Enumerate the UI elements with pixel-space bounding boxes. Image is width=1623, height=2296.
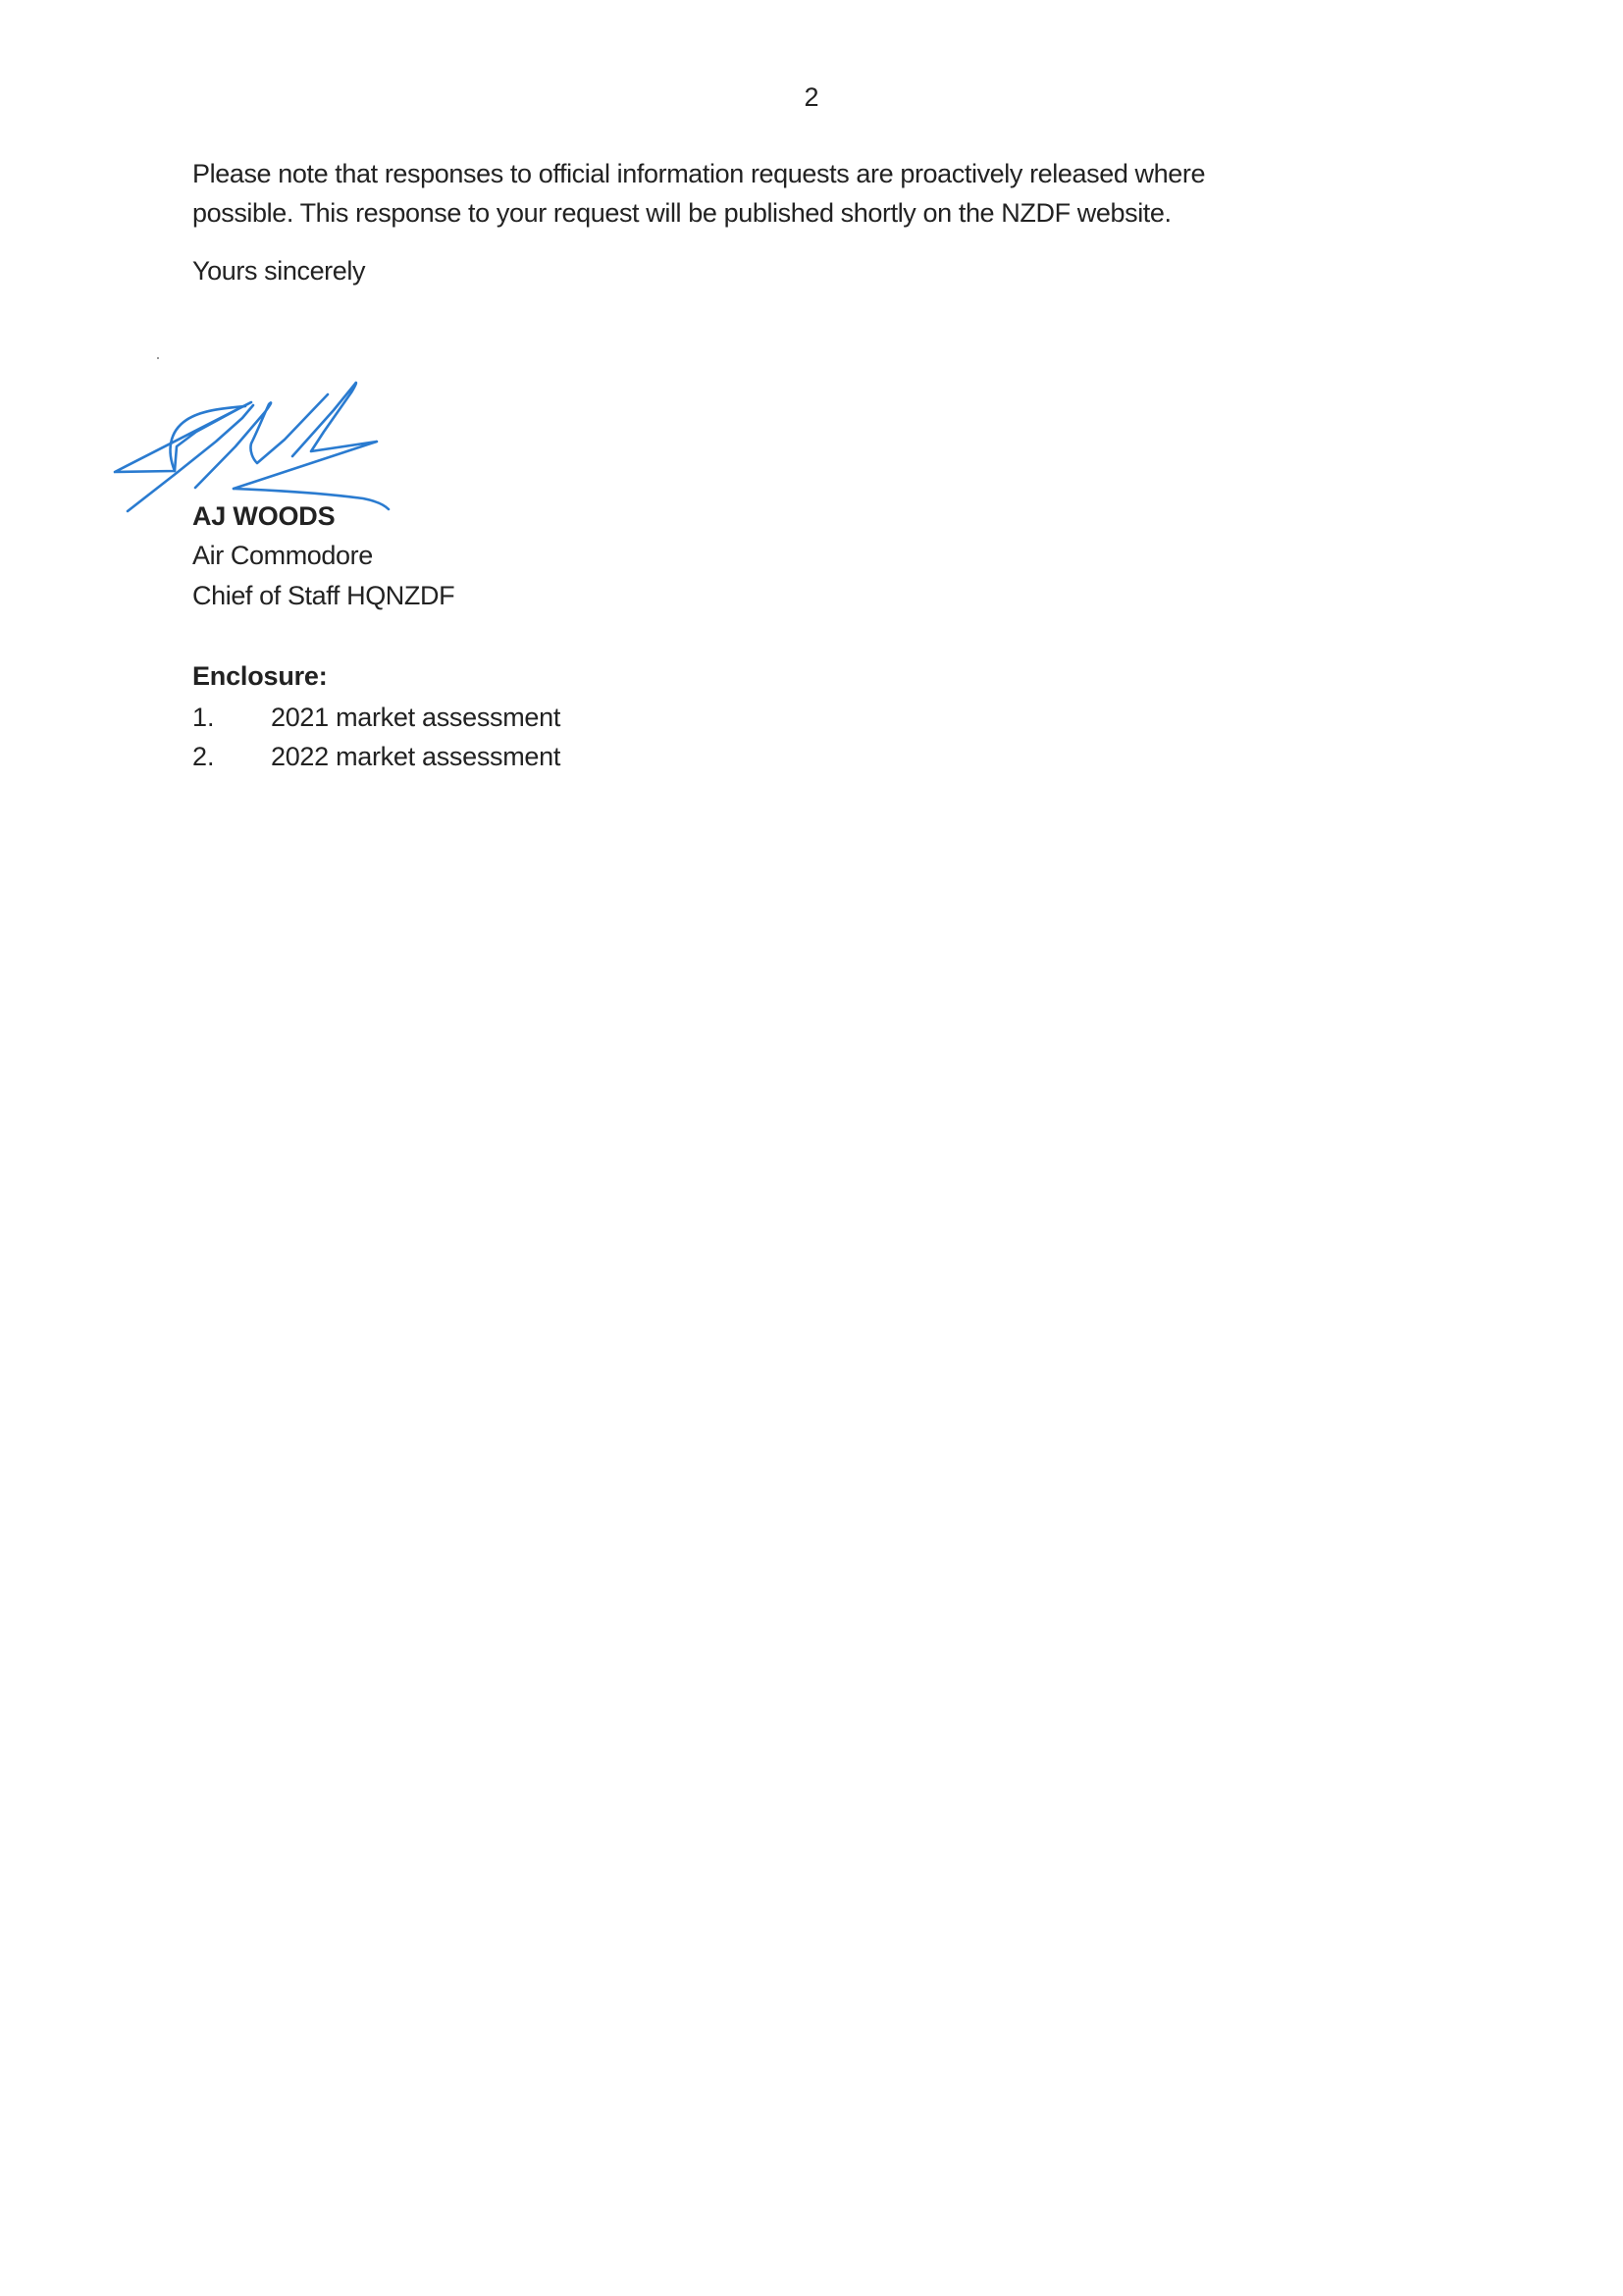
letter-page: 2 Please note that responses to official… xyxy=(0,0,1623,2296)
enclosure-heading: Enclosure: xyxy=(192,663,328,690)
enclosure-item-label: 2022 market assessment xyxy=(271,744,560,770)
paragraph-line: possible. This response to your request … xyxy=(192,200,1172,227)
signatory-rank: Air Commodore xyxy=(192,543,373,569)
scan-speck xyxy=(157,357,159,359)
signature-icon xyxy=(0,0,1623,2296)
enclosure-item-number: 1. xyxy=(192,704,215,731)
page-number: 2 xyxy=(0,84,1623,111)
signatory-name: AJ WOODS xyxy=(192,503,335,530)
signatory-position: Chief of Staff HQNZDF xyxy=(192,583,454,609)
paragraph-line: Please note that responses to official i… xyxy=(192,161,1205,187)
enclosure-item-label: 2021 market assessment xyxy=(271,704,560,731)
enclosure-item-number: 2. xyxy=(192,744,215,770)
closing-salutation: Yours sincerely xyxy=(192,258,365,285)
